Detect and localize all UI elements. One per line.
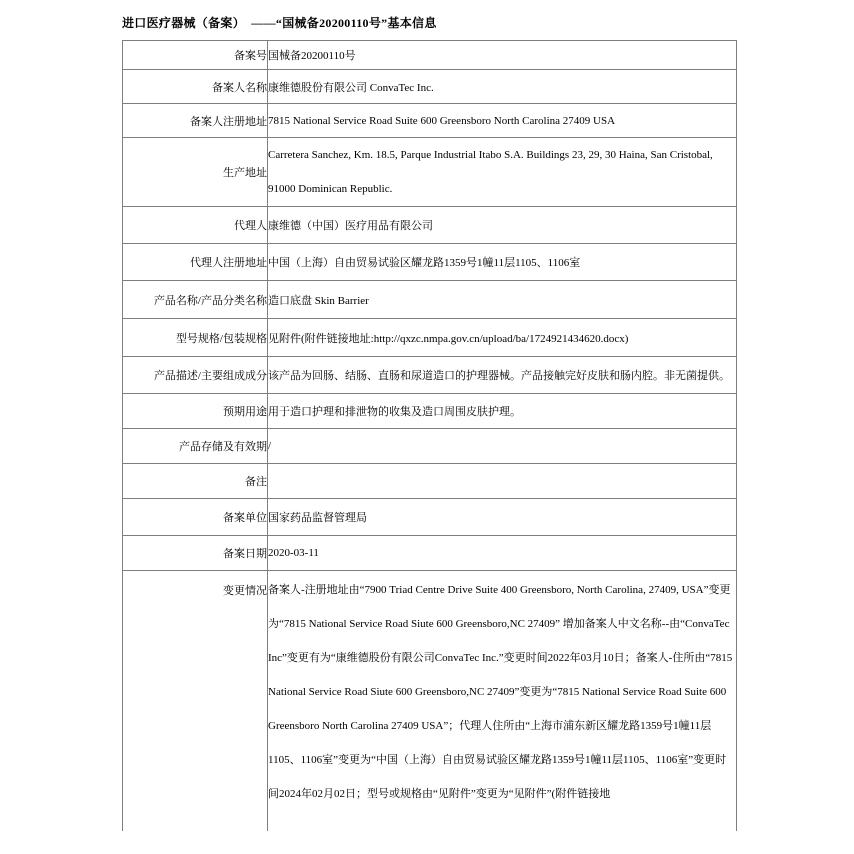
row-label: 产品名称/产品分类名称 xyxy=(123,281,268,319)
row-label: 代理人 xyxy=(123,207,268,244)
table-row: 产品名称/产品分类名称 造口底盘 Skin Barrier xyxy=(123,281,737,319)
row-value: 国械备20200110号 xyxy=(268,41,737,70)
table-row: 备注 xyxy=(123,464,737,499)
row-value: 用于造口护理和排泄物的收集及造口周围皮肤护理。 xyxy=(268,394,737,429)
table-row: 产品描述/主要组成成分 该产品为回肠、结肠、直肠和尿道造口的护理器械。产品接触完… xyxy=(123,357,737,394)
row-value: 该产品为回肠、结肠、直肠和尿道造口的护理器械。产品接触完好皮肤和肠内腔。非无菌提… xyxy=(268,357,737,394)
row-value: 国家药品监督管理局 xyxy=(268,499,737,536)
table-row: 备案人名称 康维德股份有限公司 ConvaTec Inc. xyxy=(123,70,737,104)
row-label: 备案人注册地址 xyxy=(123,104,268,138)
row-label: 型号规格/包装规格 xyxy=(123,319,268,357)
row-label: 代理人注册地址 xyxy=(123,244,268,281)
table-clip-region: 备案号 国械备20200110号 备案人名称 康维德股份有限公司 ConvaTe… xyxy=(122,40,739,831)
registration-info-table: 备案号 国械备20200110号 备案人名称 康维德股份有限公司 ConvaTe… xyxy=(122,40,737,831)
row-value: 中国（上海）自由贸易试验区耀龙路1359号1幢11层1105、1106室 xyxy=(268,244,737,281)
row-value: 7815 National Service Road Suite 600 Gre… xyxy=(268,104,737,138)
row-value: 康维德股份有限公司 ConvaTec Inc. xyxy=(268,70,737,104)
table-row: 备案号 国械备20200110号 xyxy=(123,41,737,70)
table-row: 备案日期 2020-03-11 xyxy=(123,536,737,571)
table-row: 代理人注册地址 中国（上海）自由贸易试验区耀龙路1359号1幢11层1105、1… xyxy=(123,244,737,281)
row-value: 见附件(附件链接地址:http://qxzc.nmpa.gov.cn/uploa… xyxy=(268,319,737,357)
table-row: 变更情况 备案人-注册地址由“7900 Triad Centre Drive S… xyxy=(123,571,737,832)
table-row: 生产地址 Carretera Sanchez, Km. 18.5, Parque… xyxy=(123,138,737,207)
row-label: 变更情况 xyxy=(123,571,268,832)
table-row: 代理人 康维德（中国）医疗用品有限公司 xyxy=(123,207,737,244)
page-title: 进口医疗器械（备案） ——“国械备20200110号”基本信息 xyxy=(122,14,437,31)
row-label: 产品描述/主要组成成分 xyxy=(123,357,268,394)
row-label: 生产地址 xyxy=(123,138,268,207)
row-label: 备案人名称 xyxy=(123,70,268,104)
row-label: 备案单位 xyxy=(123,499,268,536)
row-label: 备案号 xyxy=(123,41,268,70)
row-value: Carretera Sanchez, Km. 18.5, Parque Indu… xyxy=(268,138,737,207)
row-value: 康维德（中国）医疗用品有限公司 xyxy=(268,207,737,244)
row-label: 产品存储及有效期 xyxy=(123,429,268,464)
table-row: 备案人注册地址 7815 National Service Road Suite… xyxy=(123,104,737,138)
row-label: 备案日期 xyxy=(123,536,268,571)
row-value xyxy=(268,464,737,499)
row-value: 2020-03-11 xyxy=(268,536,737,571)
row-label: 备注 xyxy=(123,464,268,499)
table-row: 型号规格/包装规格 见附件(附件链接地址:http://qxzc.nmpa.go… xyxy=(123,319,737,357)
table-row: 产品存储及有效期 / xyxy=(123,429,737,464)
table-row: 预期用途 用于造口护理和排泄物的收集及造口周围皮肤护理。 xyxy=(123,394,737,429)
row-value: 造口底盘 Skin Barrier xyxy=(268,281,737,319)
document-page: 进口医疗器械（备案） ——“国械备20200110号”基本信息 备案号 国械备2… xyxy=(0,0,854,854)
table-row: 备案单位 国家药品监督管理局 xyxy=(123,499,737,536)
row-value: / xyxy=(268,429,737,464)
row-label: 预期用途 xyxy=(123,394,268,429)
row-value: 备案人-注册地址由“7900 Triad Centre Drive Suite … xyxy=(268,571,737,832)
